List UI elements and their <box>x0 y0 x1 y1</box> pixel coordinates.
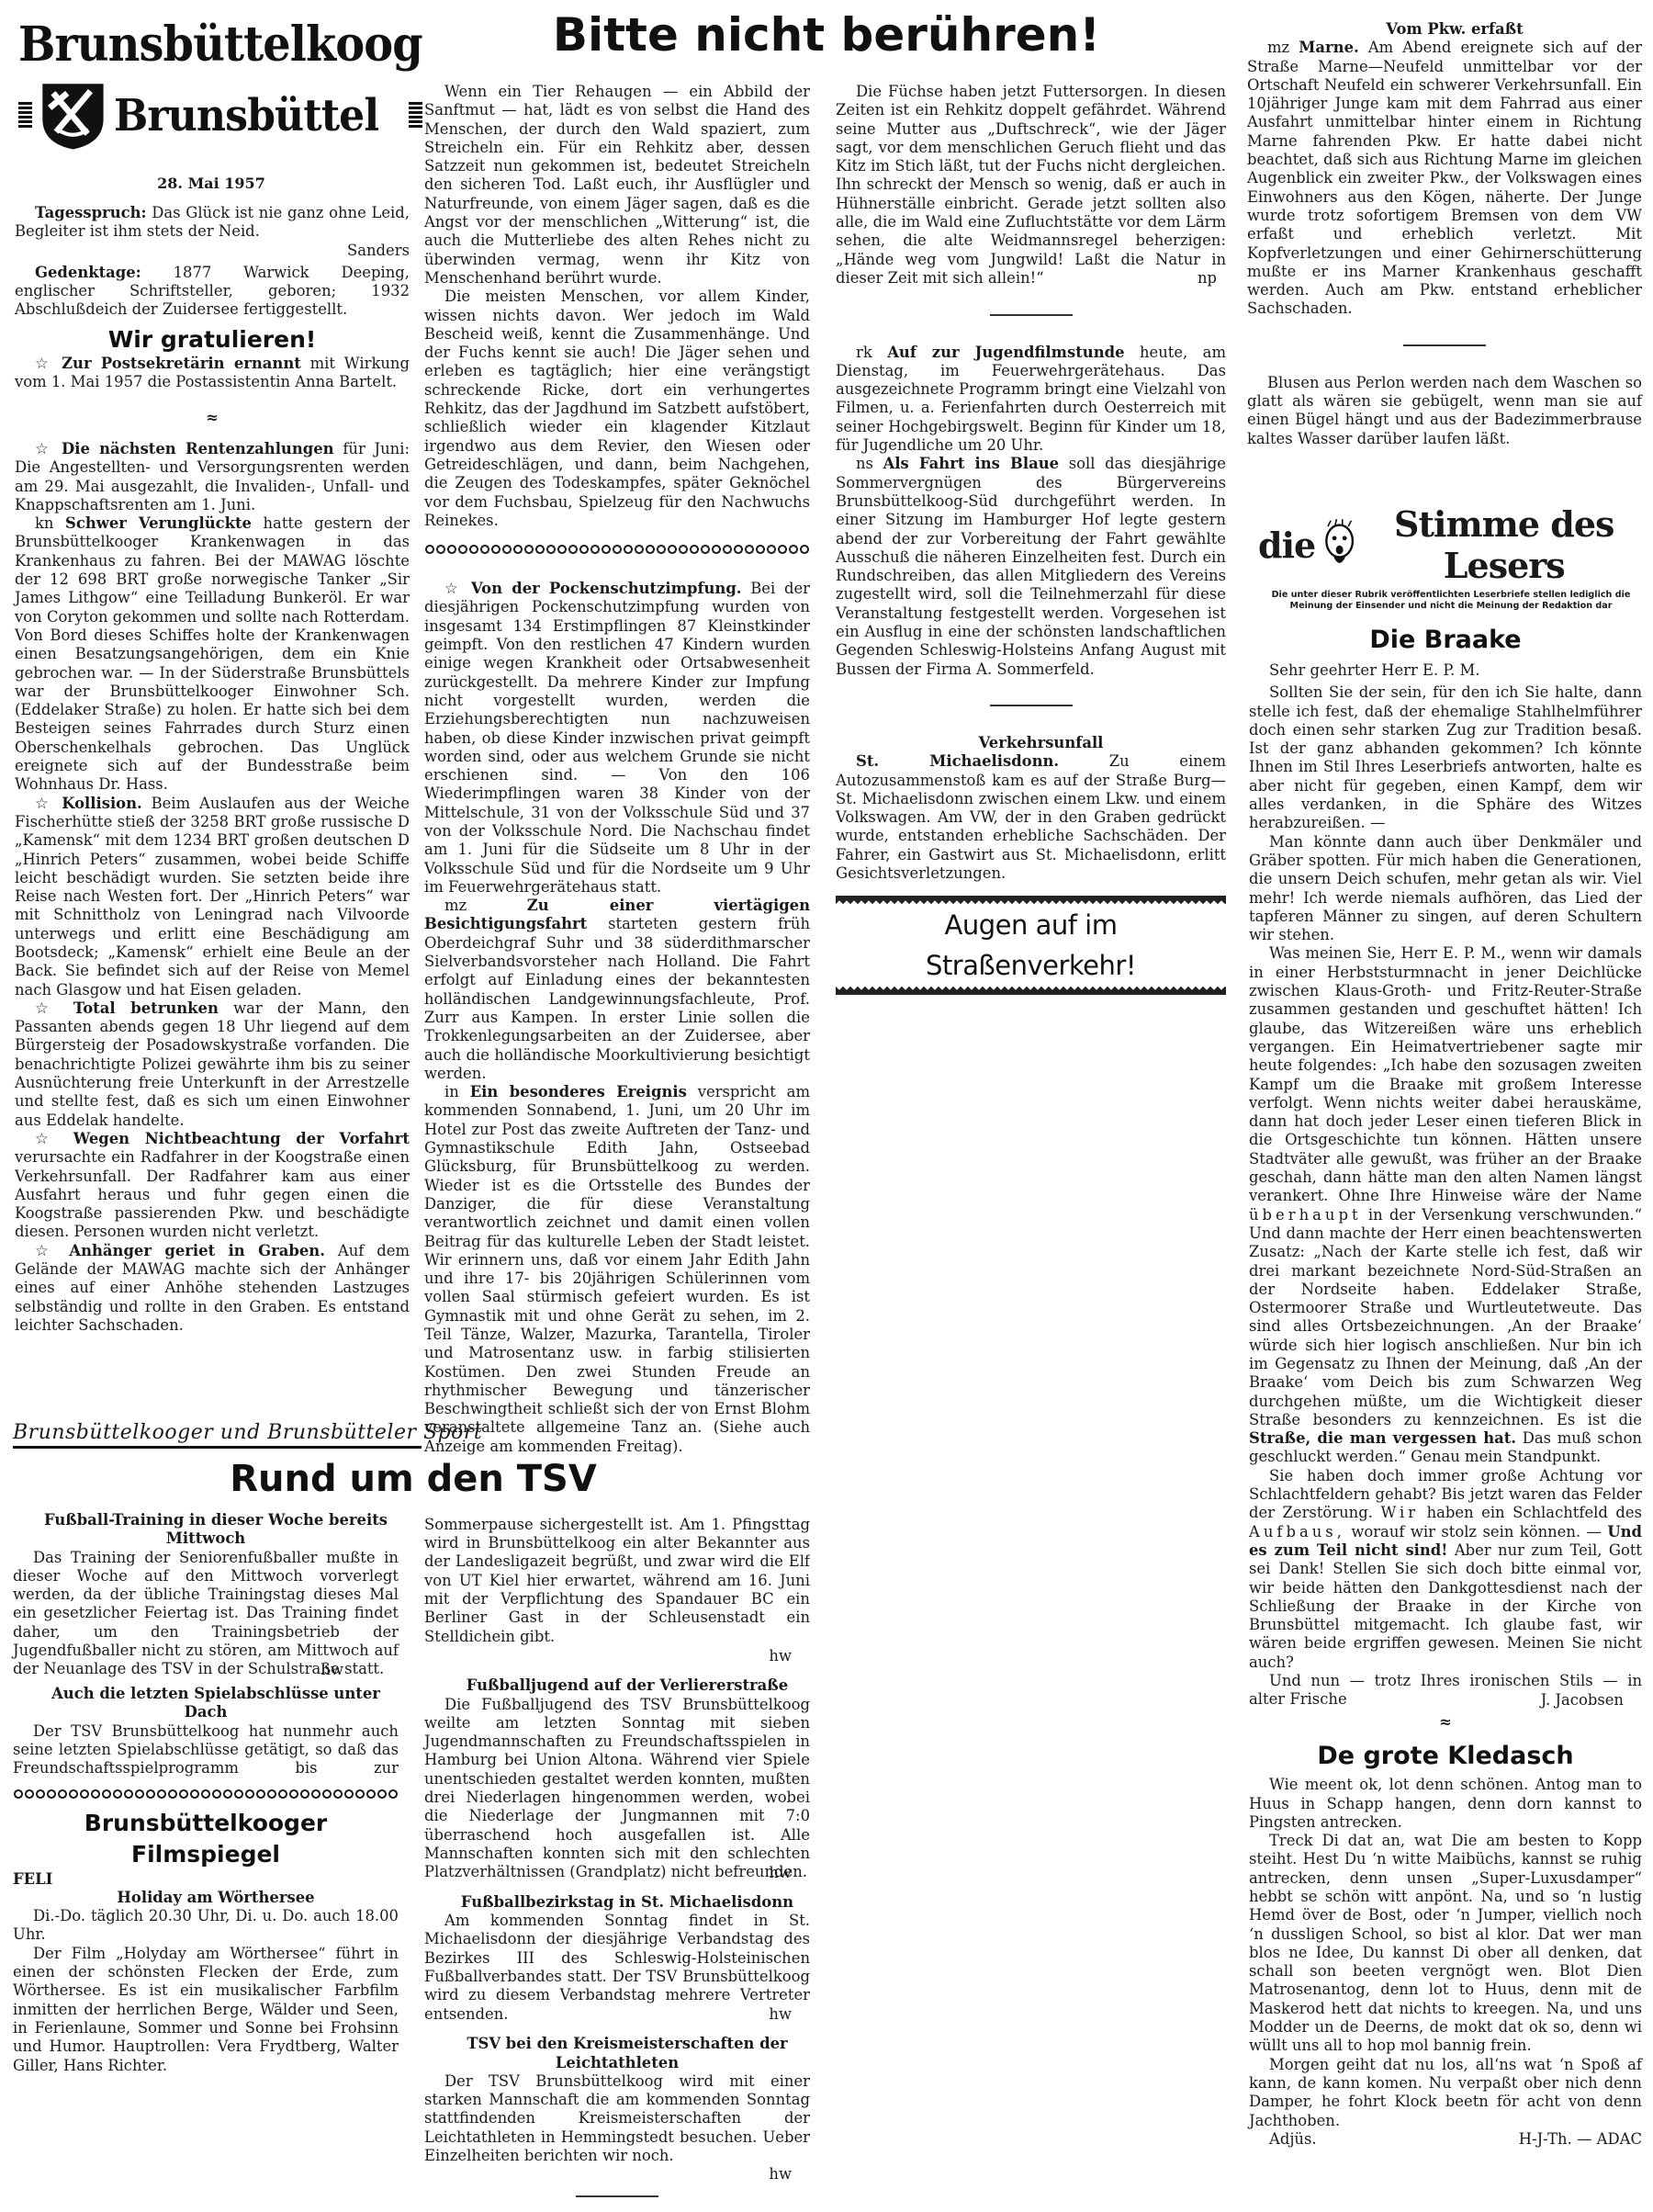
column-main-article-b: Die Füchse haben jetzt Futtersorgen. In … <box>836 83 1226 995</box>
braake-heading: Die Braake <box>1249 625 1642 656</box>
sport-article-author: hw <box>424 1647 810 1665</box>
verkehrsunfall-heading: Verkehrsunfall <box>836 734 1226 752</box>
flag-icon <box>18 102 32 130</box>
kledasch-paragraph: Wie meent ok, lot denn schönen. Antog ma… <box>1249 1776 1642 1832</box>
star-icon: ☆ <box>35 999 59 1017</box>
sport-article-heading: Auch die letzten Spielabschlüsse unter D… <box>13 1685 399 1722</box>
divider <box>1403 344 1486 346</box>
article-paragraph: Die meisten Menschen, vor allem Kinder, … <box>424 288 810 530</box>
star-icon: ☆ <box>35 355 52 372</box>
column-sport-a: Fußball-Training in dieser Woche bereits… <box>13 1511 399 2075</box>
gedenktage: Gedenktage: 1877 Warwick Deeping, englis… <box>15 264 410 320</box>
news-anhaenger: ☆ Anhänger geriet in Graben. Auf dem Gel… <box>15 1242 410 1335</box>
star-icon: ☆ <box>444 580 462 597</box>
kledasch-closing: Adjüs. <box>1269 2130 1317 2149</box>
letter-salutation: Sehr geehrter Herr E. P. M. <box>1249 661 1642 680</box>
letter-paragraph: Was meinen Sie, Herr E. P. M., wenn wir … <box>1249 944 1642 1466</box>
flag-icon <box>409 102 422 130</box>
divider <box>576 2195 658 2197</box>
cinema-name: FELI <box>13 1870 399 1889</box>
letter-paragraph: Sollten Sie der sein, für den ich Sie ha… <box>1249 683 1642 832</box>
gratulieren-heading: Wir gratulieren! <box>15 331 410 349</box>
kledasch-footer: Adjüs. H-J-Th. — ADAC <box>1249 2130 1642 2149</box>
sport-article-heading: Fußballjugend auf der Verliererstraße <box>424 1676 810 1695</box>
main-headline: Bitte nicht berühren! <box>432 7 1221 62</box>
news-pocken: ☆ Von der Pockenschutzimpfung. Bei der d… <box>424 580 810 897</box>
kledasch-paragraph: Treck Di dat an, wat Die am besten to Ko… <box>1249 1832 1642 2056</box>
news-renten: ☆ Die nächsten Rentenzahlungen für Juni:… <box>15 440 410 514</box>
film-times: Di.-Do. täglich 20.30 Uhr, Di. u. Do. au… <box>13 1907 399 1945</box>
leserbriefe-disclaimer: Die unter dieser Rubrik veröffentlichten… <box>1258 590 1644 612</box>
article-paragraph: Wenn ein Tier Rehaugen — ein Abbild der … <box>424 83 810 288</box>
issue-date: 28. Mai 1957 <box>0 175 422 192</box>
gratulieren-item: ☆ Zur Postsekretärin ernannt mit Wirkung… <box>15 355 410 392</box>
traffic-slogan: Augen auf im Straßenverkehr! <box>836 905 1226 986</box>
triangle-border-icon <box>836 986 1226 995</box>
news-betrunken: ☆ Total betrunken war der Mann, den Pass… <box>15 999 410 1130</box>
column-sport-b: Der TSV Brunsbüttelkoog hat nunmehr auch… <box>424 1516 810 2208</box>
star-icon: ☆ <box>35 1130 59 1147</box>
letter-paragraph: Man könnte dann auch über Denkmäler und … <box>1249 833 1642 945</box>
divider <box>990 314 1073 316</box>
kledasch-heading: De grote Kledasch <box>1249 1741 1642 1772</box>
column-leserbrief: Die Braake Sehr geehrter Herr E. P. M. S… <box>1249 625 1642 2149</box>
column-local-news: Tagesspruch: Das Glück ist nie ganz ohne… <box>15 204 410 1335</box>
letter-paragraph: Sie haben doch immer große Achtung vor S… <box>1249 1467 1642 1672</box>
sport-article-text: Der TSV Brunsbüttelkoog hat nunmehr auch… <box>13 1722 399 1778</box>
coat-of-arms-icon <box>39 73 107 158</box>
masthead-title-line1: Brunsbüttelkoog <box>18 18 390 72</box>
filmspiegel-heading: Brunsbüttelkooger Filmspiegel <box>13 1808 399 1870</box>
tagesspruch-author: Sanders <box>15 242 410 260</box>
news-fahrt-ins-blaue: ns Als Fahrt ins Blaue soll das diesjähr… <box>836 455 1226 679</box>
film-title: Holiday am Wörthersee <box>13 1889 399 1907</box>
news-ereignis: in Ein besonderes Ereignis verspricht am… <box>424 1083 810 1456</box>
pkw-heading: Vom Pkw. erfaßt <box>1247 20 1642 39</box>
news-vorfahrt: ☆ Wegen Nichtbeachtung der Vorfahrt veru… <box>15 1130 410 1242</box>
news-pkw-erfasst: mz Marne. Am Abend ereignete sich auf de… <box>1247 39 1642 318</box>
tilde-divider-icon: ≈ <box>1249 1713 1642 1732</box>
sport-headline: Rund um den TSV <box>184 1456 643 1502</box>
tagesspruch: Tagesspruch: Das Glück ist nie ganz ohne… <box>15 204 410 242</box>
star-icon: ☆ <box>35 795 52 812</box>
divider <box>990 705 1073 706</box>
news-verkehrsunfall: St. Michaelisdonn. Zu einem Autozusammen… <box>836 752 1226 883</box>
kledasch-signature: H-J-Th. — ADAC <box>1519 2130 1642 2149</box>
leser-title: Stimme des Lesers <box>1364 503 1644 586</box>
ornament-divider <box>424 543 810 556</box>
film-description: Der Film „Holyday am Wörthersee“ führt i… <box>13 1945 399 2075</box>
star-icon: ☆ <box>35 1242 56 1259</box>
sport-article-heading: Fußballbezirkstag in St. Michaelisdonn <box>424 1893 810 1912</box>
leser-title-prefix: die <box>1258 525 1315 566</box>
news-jugendfilm: rk Auf zur Jugendfilmstunde heute, am Di… <box>836 344 1226 456</box>
sport-section-banner: Brunsbüttelkooger und Brunsbütteler Spor… <box>13 1421 422 1449</box>
leserbriefe-header: die Stimme des Lesers Die unter dieser R… <box>1258 503 1644 612</box>
ornament-divider <box>13 1788 399 1800</box>
sport-article-text-continued: Der TSV Brunsbüttelkoog hat nunmehr auch… <box>424 1516 810 1665</box>
news-verunglueckte: kn Schwer Verunglückte hatte gestern der… <box>15 514 410 794</box>
shouting-face-icon <box>1321 513 1358 577</box>
news-besichtigungsfahrt: mz Zu einer viertägigen Besichtigungsfah… <box>424 897 810 1083</box>
article-paragraph: Die Füchse haben jetzt Futtersorgen. In … <box>836 83 1226 288</box>
sport-article-text: Das Training der Seniorenfußballer mußte… <box>13 1549 399 1679</box>
tip-perlon: Blusen aus Perlon werden nach dem Wasche… <box>1247 374 1642 448</box>
triangle-border-icon <box>836 896 1226 905</box>
tilde-divider-icon: ≈ <box>15 409 410 427</box>
sport-article-text: Der TSV Brunsbüttelkoog wird mit einer s… <box>424 2072 810 2165</box>
column-main-article-a: Wenn ein Tier Rehaugen — ein Abbild der … <box>424 83 810 1456</box>
sport-article-heading: TSV bei den Kreismeisterschaften der Lei… <box>424 2035 810 2072</box>
column-right: Vom Pkw. erfaßt mz Marne. Am Abend ereig… <box>1247 20 1642 448</box>
sport-article-author: hw <box>424 2165 810 2184</box>
masthead-line2: Brunsbüttel <box>18 73 422 158</box>
news-kollision: ☆ Kollision. Beim Auslaufen aus der Weic… <box>15 795 410 999</box>
sport-article-heading: Fußball-Training in dieser Woche bereits… <box>13 1511 399 1549</box>
kledasch-paragraph: Morgen geiht dat nu los, all‘ns wat ‘n S… <box>1249 2056 1642 2130</box>
star-icon: ☆ <box>35 440 52 457</box>
masthead: Brunsbüttelkoog Brunsbüttel <box>18 18 422 165</box>
masthead-title-line2: Brunsbüttel <box>114 89 378 142</box>
sport-article-text: Die Fußballjugend des TSV Brunsbüttelkoo… <box>424 1696 810 1882</box>
